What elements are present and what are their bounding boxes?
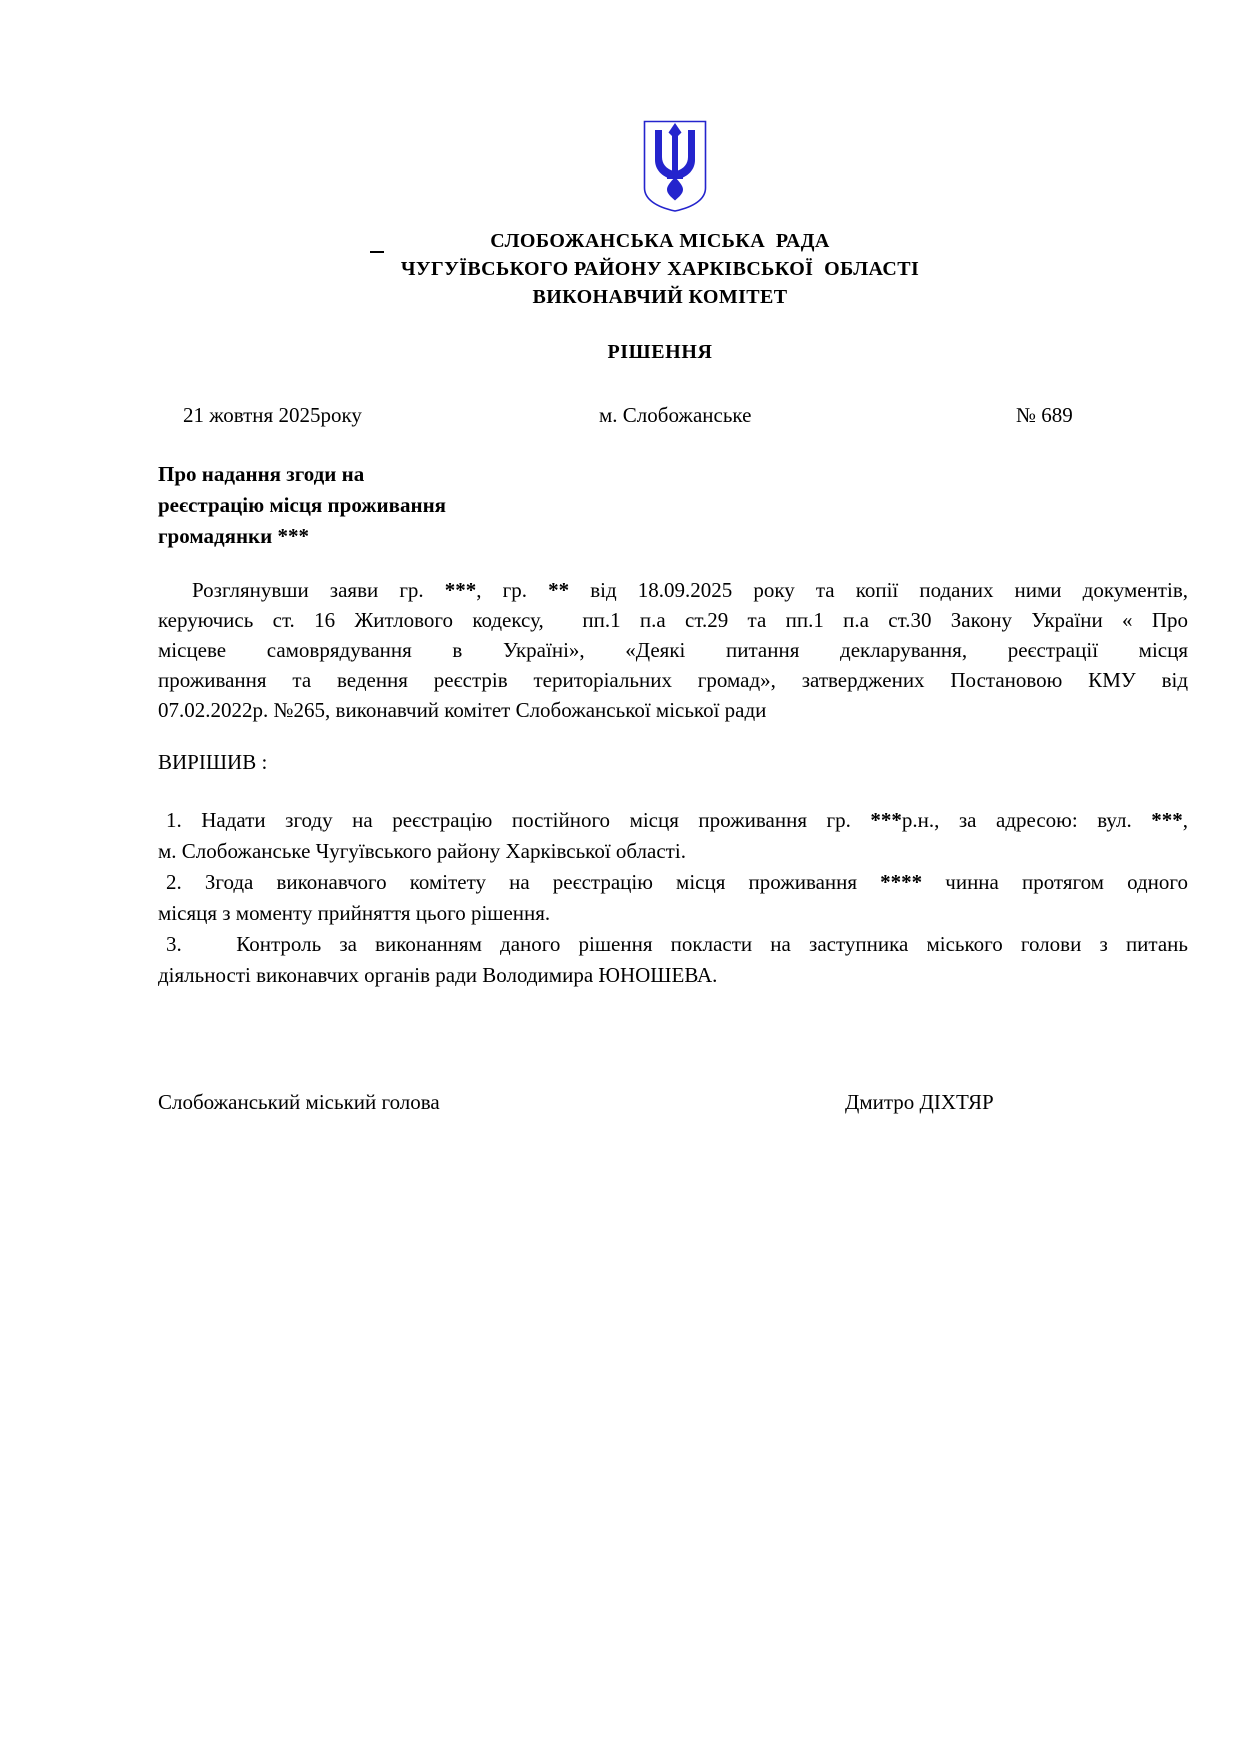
document-number: № 689 [1016, 403, 1073, 428]
signer-name: Дмитро ДІХТЯР [845, 1090, 994, 1115]
trident-icon [643, 120, 707, 213]
document-meta-row: 21 жовтня 2025року м. Слобожанське № 689 [158, 403, 1188, 433]
text-line: місяця з моменту прийняття цього рішення… [158, 898, 1188, 929]
signer-title: Слобожанський міський голова [158, 1090, 440, 1114]
org-name: СЛОБОЖАНСЬКА МІСЬКА РАДА [80, 227, 1240, 255]
signature-row: Слобожанський міський голова Дмитро ДІХТ… [158, 1090, 1188, 1115]
document-date: 21 жовтня 2025року [183, 403, 362, 428]
text-line: місцеве самоврядування в Україні», «Деяк… [158, 635, 1188, 665]
resolution-items: 1. Надати згоду на реєстрацію постійного… [158, 805, 1188, 991]
org-committee-line: ВИКОНАВЧИЙ КОМІТЕТ [80, 283, 1240, 311]
subject-block: Про надання згоди нареєстрацію місця про… [158, 459, 446, 552]
document-place: м. Слобожанське [599, 403, 751, 428]
text-line: Розглянувши заяви гр. ***, гр. ** від 18… [158, 575, 1188, 605]
text-line: 07.02.2022р. №265, виконавчий комітет Сл… [158, 695, 1188, 725]
ukraine-trident-emblem [643, 120, 707, 213]
text-line: Про надання згоди на [158, 459, 446, 490]
text-line: 1. Надати згоду на реєстрацію постійного… [158, 805, 1188, 836]
text-line: 3. Контроль за виконанням даного рішення… [158, 929, 1188, 960]
org-header: СЛОБОЖАНСЬКА МІСЬКА РАДА ЧУГУЇВСЬКОГО РА… [80, 227, 1240, 311]
text-line: 2. Згода виконавчого комітету на реєстра… [158, 867, 1188, 898]
text-line: проживання та ведення реєстрів територіа… [158, 665, 1188, 695]
text-line: громадянки *** [158, 521, 446, 552]
text-line: м. Слобожанське Чугуївського району Харк… [158, 836, 1188, 867]
text-line: діяльності виконавчих органів ради Волод… [158, 960, 1188, 991]
text-line: керуючись ст. 16 Житлового кодексу, пп.1… [158, 605, 1188, 635]
org-district-line: ЧУГУЇВСЬКОГО РАЙОНУ ХАРКІВСЬКОЇ ОБЛАСТІ [80, 255, 1240, 283]
text-line: реєстрацію місця проживання [158, 490, 446, 521]
resolution-label: ВИРІШИВ : [158, 750, 267, 775]
preamble-paragraph: Розглянувши заяви гр. ***, гр. ** від 18… [158, 575, 1188, 725]
document-type-title: РІШЕННЯ [80, 341, 1240, 364]
